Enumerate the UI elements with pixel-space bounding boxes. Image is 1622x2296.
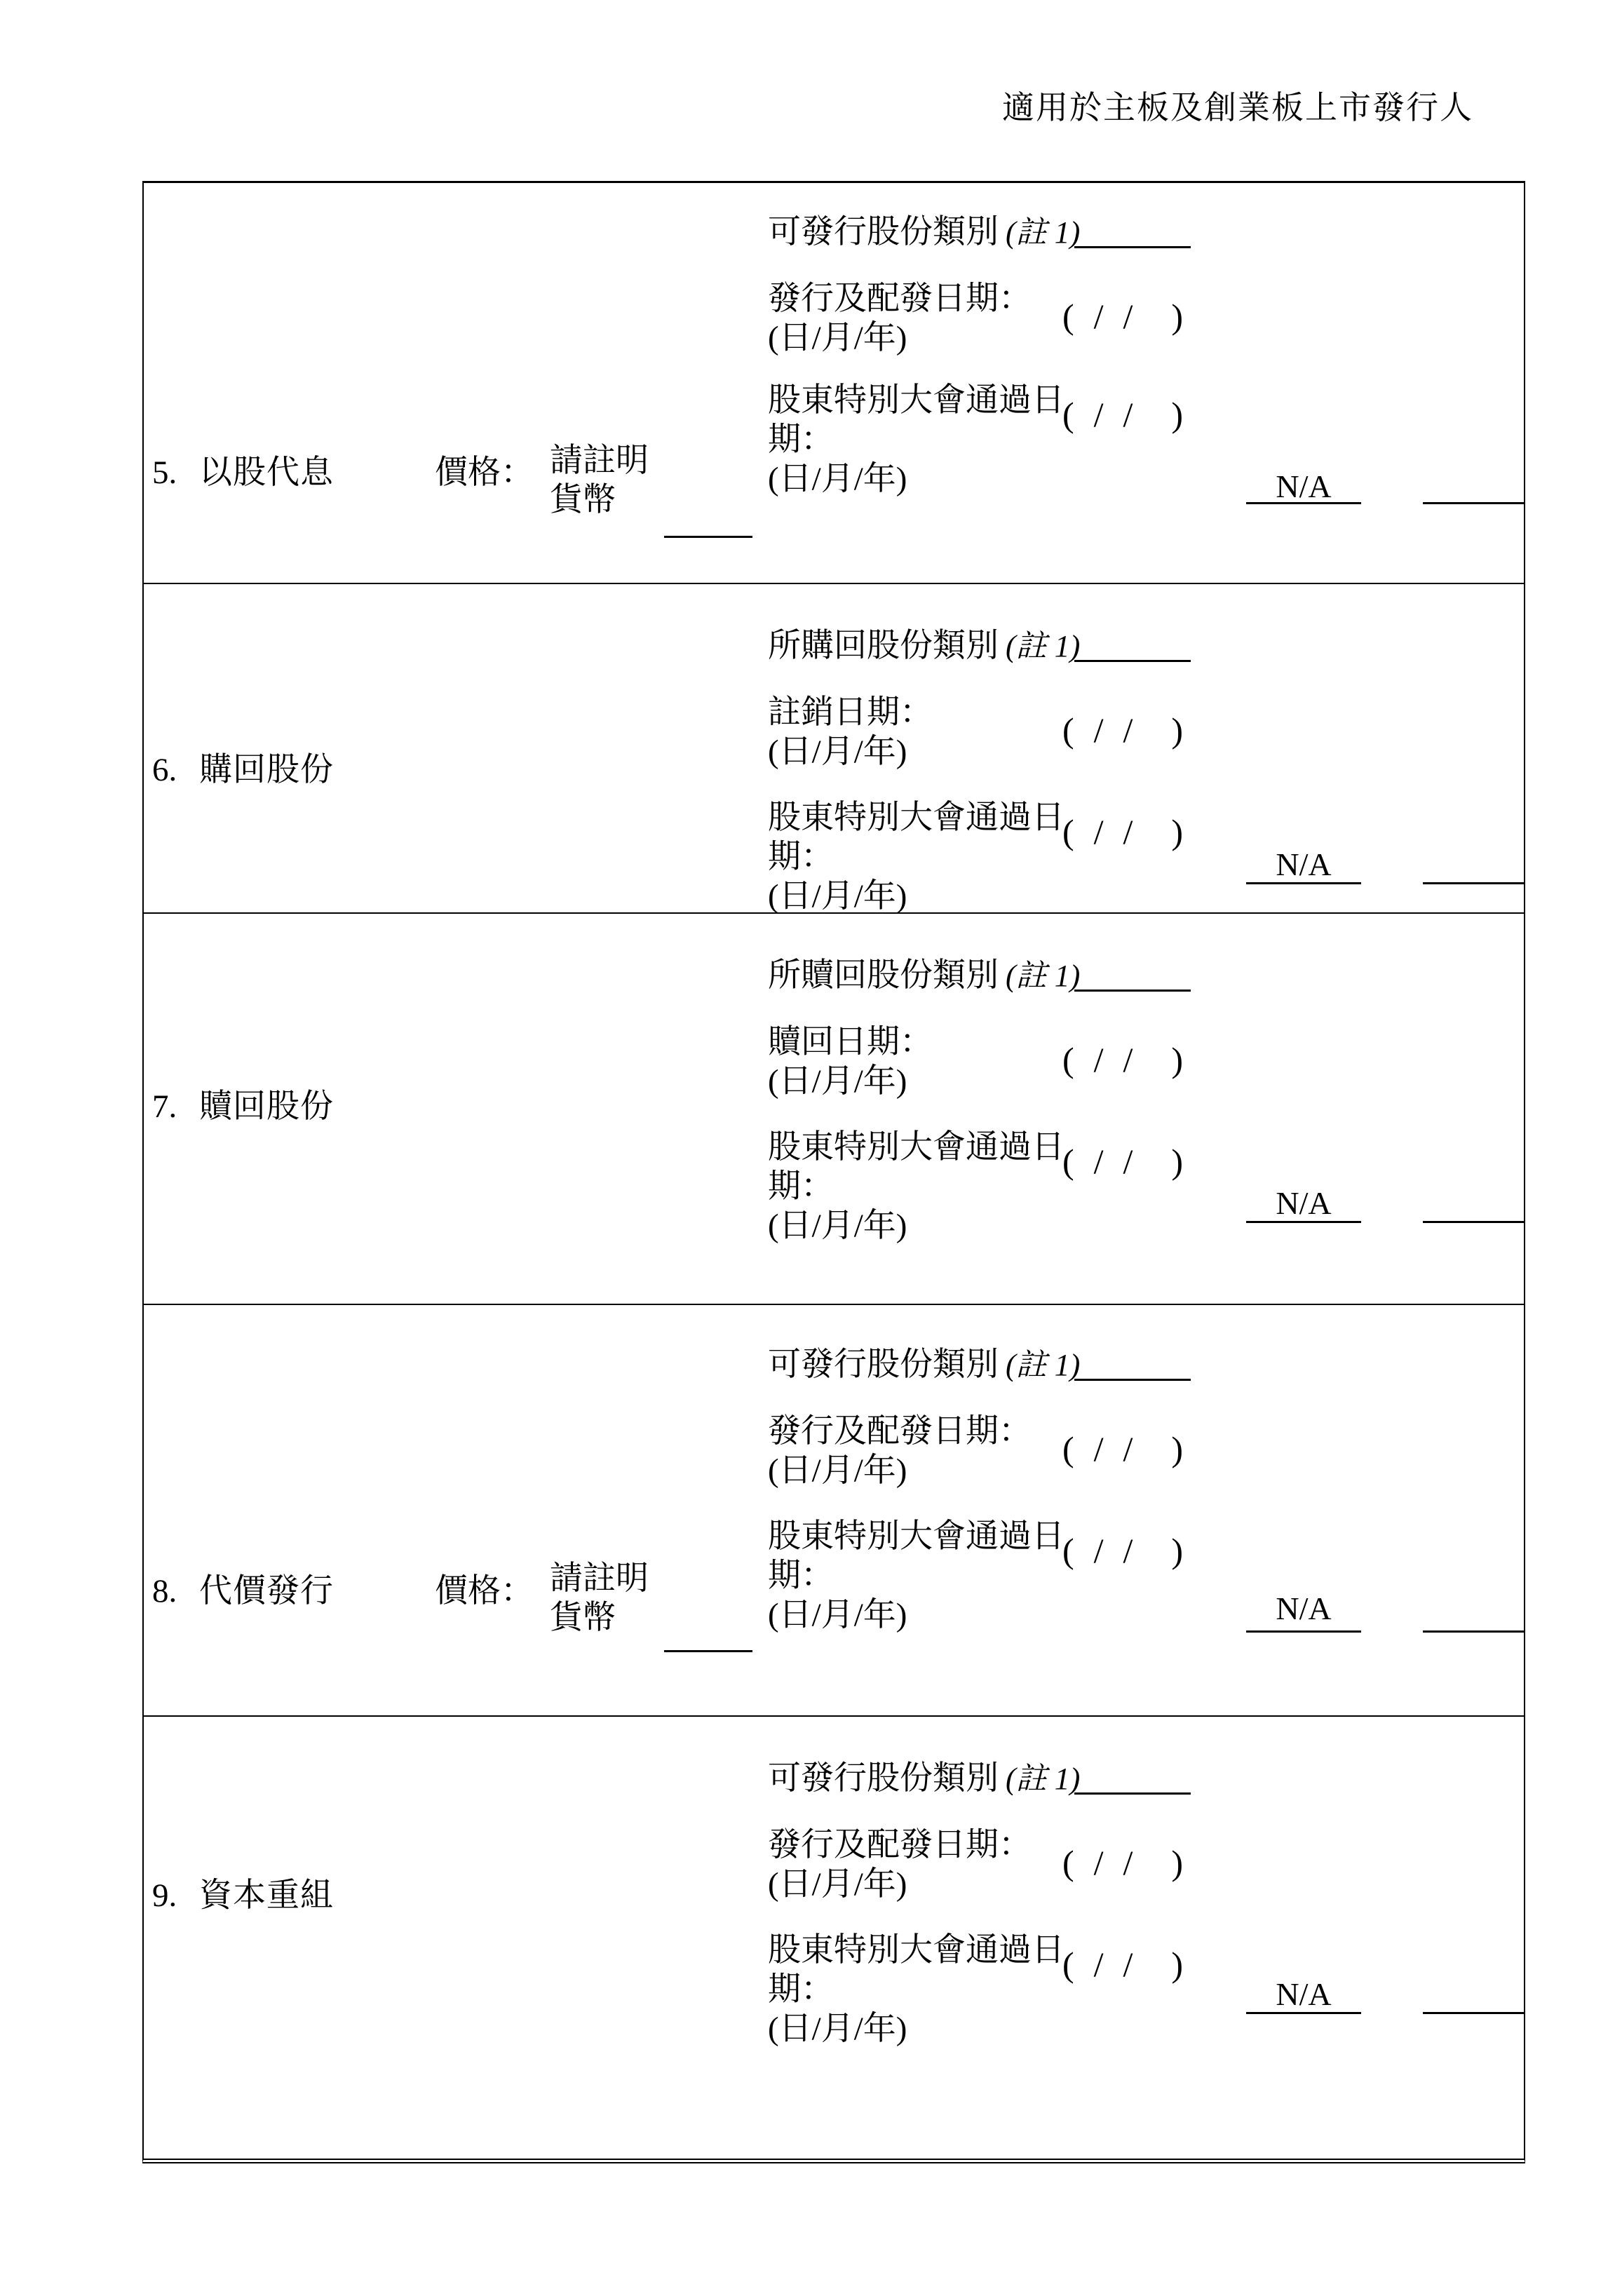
egm-label-line2: 期： [768, 1970, 1065, 2009]
date-input-placeholder[interactable]: ( / / ) [1062, 1429, 1184, 1468]
egm-label-line2: 期： [768, 420, 1065, 459]
row-label: 代價發行 [199, 1572, 334, 1611]
date-input-placeholder[interactable]: ( / / ) [1062, 1040, 1184, 1079]
egm-date-label: 股東特別大會通過日 期： (日/月/年) [768, 798, 1065, 916]
date-field-label: 註銷日期： (日/月/年) [768, 693, 933, 771]
egm-date-input-placeholder[interactable]: ( / / ) [1062, 812, 1184, 851]
table-row-5: 5. 以股代息 價格： 請註明 貨幣 可發行股份類別(註 1) 發行及配發日期：… [144, 183, 1524, 584]
currency-note-line2: 貨幣 [550, 1598, 649, 1637]
date-format-label: (日/月/年) [768, 1451, 1032, 1490]
row-number: 6. [152, 750, 177, 790]
currency-note-line1: 請註明 [550, 1559, 649, 1598]
egm-date-input-placeholder[interactable]: ( / / ) [1062, 1945, 1184, 1984]
date-label-text: 發行及配發日期： [768, 1412, 1032, 1451]
egm-label-line2: 期： [768, 1167, 1065, 1206]
row-number: 9. [152, 1876, 177, 1915]
egm-label-line1: 股東特別大會通過日 [768, 1517, 1065, 1556]
date-field-label: 發行及配發日期： (日/月/年) [768, 279, 1032, 358]
egm-label-line1: 股東特別大會通過日 [768, 1931, 1065, 1970]
share-class-input-line[interactable] [1074, 1792, 1191, 1795]
row-label: 以股代息 [199, 453, 334, 492]
date-input-placeholder[interactable]: ( / / ) [1062, 1843, 1184, 1882]
currency-note: 請註明 貨幣 [550, 1559, 649, 1637]
egm-date-label: 股東特別大會通過日 期： (日/月/年) [768, 1517, 1065, 1635]
currency-note-line2: 貨幣 [550, 480, 649, 520]
date-format-label: (日/月/年) [768, 1062, 933, 1101]
page-header-note: 適用於主板及創業板上市發行人 [1002, 88, 1473, 128]
currency-note-line1: 請註明 [550, 441, 649, 480]
share-class-input-line[interactable] [1074, 1379, 1191, 1381]
row-label: 贖回股份 [199, 1087, 334, 1126]
date-field-label: 發行及配發日期： (日/月/年) [768, 1412, 1032, 1490]
date-format-label: (日/月/年) [768, 2009, 1065, 2048]
share-class-text: 所贖回股份類別 [768, 957, 999, 994]
na-value: N/A [1246, 467, 1361, 506]
row-number: 7. [152, 1087, 177, 1126]
date-label-text: 註銷日期： [768, 693, 933, 732]
date-input-placeholder[interactable]: ( / / ) [1062, 710, 1184, 750]
price-label: 價格： [435, 1572, 534, 1611]
date-field-label: 發行及配發日期： (日/月/年) [768, 1825, 1032, 1904]
date-format-label: (日/月/年) [768, 1206, 1065, 1245]
note-reference: (註 1) [999, 1348, 1080, 1382]
na-underline [1246, 2012, 1361, 2014]
row-number: 8. [152, 1572, 177, 1611]
row-label: 購回股份 [199, 750, 334, 790]
egm-label-line1: 股東特別大會通過日 [768, 381, 1065, 420]
date-label-text: 發行及配發日期： [768, 1825, 1032, 1865]
egm-label-line1: 股東特別大會通過日 [768, 1128, 1065, 1167]
egm-date-label: 股東特別大會通過日 期： (日/月/年) [768, 381, 1065, 499]
egm-date-input-placeholder[interactable]: ( / / ) [1062, 1142, 1184, 1181]
note-reference: (註 1) [999, 629, 1080, 663]
price-input-line[interactable] [664, 536, 752, 538]
date-format-label: (日/月/年) [768, 1595, 1065, 1635]
share-class-label: 所購回股份類別(註 1) [768, 626, 1080, 666]
na-value: N/A [1246, 1589, 1361, 1628]
date-format-label: (日/月/年) [768, 459, 1065, 499]
price-label: 價格： [435, 453, 534, 492]
date-field-label: 贖回日期： (日/月/年) [768, 1022, 933, 1101]
date-input-placeholder[interactable]: ( / / ) [1062, 297, 1184, 336]
egm-label-line2: 期： [768, 837, 1065, 877]
egm-date-input-placeholder[interactable]: ( / / ) [1062, 1531, 1184, 1570]
share-class-text: 所購回股份類別 [768, 628, 999, 664]
share-class-text: 可發行股份類別 [768, 214, 999, 250]
table-row-6: 6. 購回股份 所購回股份類別(註 1) 註銷日期： (日/月/年) ( / /… [144, 584, 1524, 914]
share-class-label: 所贖回股份類別(註 1) [768, 956, 1080, 996]
egm-date-label: 股東特別大會通過日 期： (日/月/年) [768, 1128, 1065, 1245]
na-underline [1246, 502, 1361, 504]
share-class-input-line[interactable] [1074, 990, 1191, 992]
date-label-text: 贖回日期： [768, 1022, 933, 1062]
share-class-text: 可發行股份類別 [768, 1346, 999, 1383]
na-value: N/A [1246, 1184, 1361, 1223]
blank-input-line[interactable] [1423, 882, 1524, 884]
blank-input-line[interactable] [1423, 2012, 1524, 2014]
note-reference: (註 1) [999, 959, 1080, 993]
row-number: 5. [152, 453, 177, 492]
date-label-text: 發行及配發日期： [768, 279, 1032, 318]
egm-date-input-placeholder[interactable]: ( / / ) [1062, 395, 1184, 434]
table-row-8: 8. 代價發行 價格： 請註明 貨幣 可發行股份類別(註 1) 發行及配發日期：… [144, 1305, 1524, 1717]
price-input-line[interactable] [664, 1650, 752, 1652]
date-format-label: (日/月/年) [768, 318, 1032, 358]
egm-label-line1: 股東特別大會通過日 [768, 798, 1065, 837]
table-row-7: 7. 贖回股份 所贖回股份類別(註 1) 贖回日期： (日/月/年) ( / /… [144, 914, 1524, 1305]
share-class-label: 可發行股份類別(註 1) [768, 1759, 1080, 1799]
date-format-label: (日/月/年) [768, 1865, 1032, 1904]
currency-note: 請註明 貨幣 [550, 441, 649, 520]
na-value: N/A [1246, 1975, 1361, 2014]
note-reference: (註 1) [999, 215, 1080, 250]
na-value: N/A [1246, 845, 1361, 884]
date-format-label: (日/月/年) [768, 877, 1065, 916]
share-class-label: 可發行股份類別(註 1) [768, 1345, 1080, 1385]
form-table: 5. 以股代息 價格： 請註明 貨幣 可發行股份類別(註 1) 發行及配發日期：… [142, 181, 1525, 2163]
na-underline [1246, 1221, 1361, 1223]
blank-input-line[interactable] [1423, 1221, 1524, 1223]
share-class-label: 可發行股份類別(註 1) [768, 212, 1080, 252]
note-reference: (註 1) [999, 1762, 1080, 1796]
blank-input-line[interactable] [1423, 1630, 1524, 1633]
egm-label-line2: 期： [768, 1556, 1065, 1595]
table-row-9: 9. 資本重組 可發行股份類別(註 1) 發行及配發日期： (日/月/年) ( … [144, 1717, 1524, 2159]
na-underline [1246, 1630, 1361, 1633]
row-label: 資本重組 [199, 1876, 334, 1915]
na-underline [1246, 882, 1361, 884]
egm-date-label: 股東特別大會通過日 期： (日/月/年) [768, 1931, 1065, 2048]
share-class-input-line[interactable] [1074, 246, 1191, 248]
date-format-label: (日/月/年) [768, 732, 933, 771]
blank-input-line[interactable] [1423, 502, 1524, 504]
share-class-text: 可發行股份類別 [768, 1760, 999, 1797]
share-class-input-line[interactable] [1074, 660, 1191, 662]
